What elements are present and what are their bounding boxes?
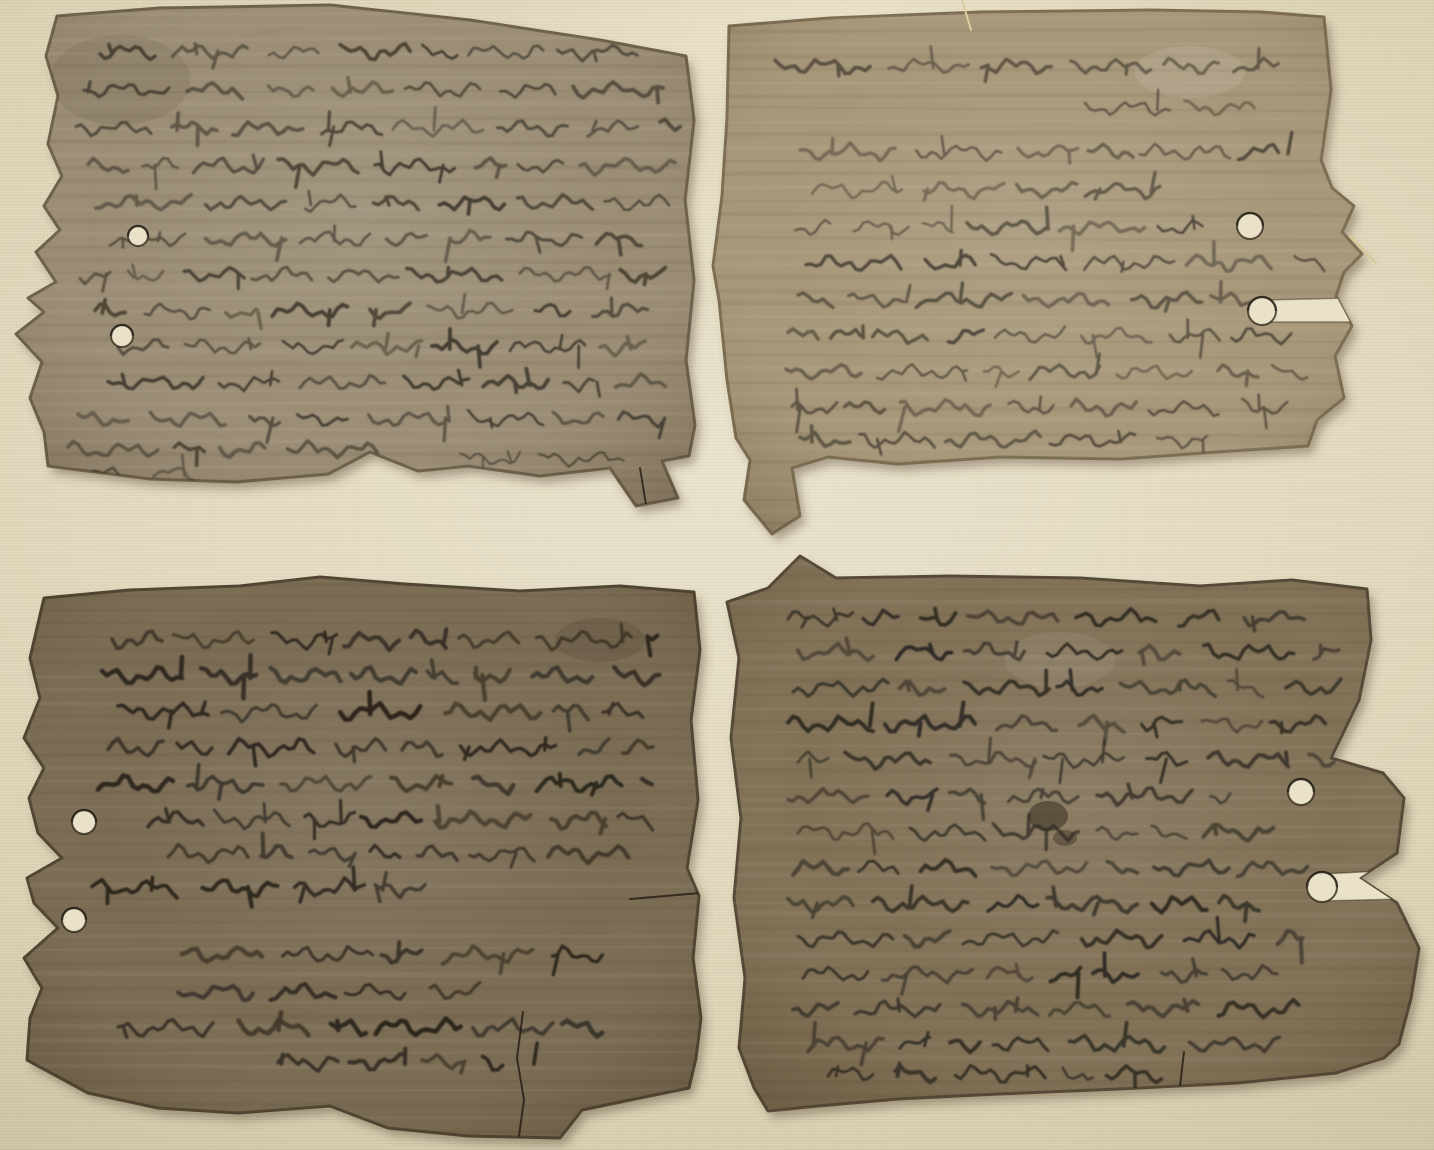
tablet-top-left: [16, 5, 695, 506]
fabric-background: [0, 0, 1434, 1150]
tablet-bottom-left: [24, 577, 710, 1138]
tablet-bottom-right: [727, 556, 1419, 1111]
tablets-photo: [0, 0, 1434, 1150]
